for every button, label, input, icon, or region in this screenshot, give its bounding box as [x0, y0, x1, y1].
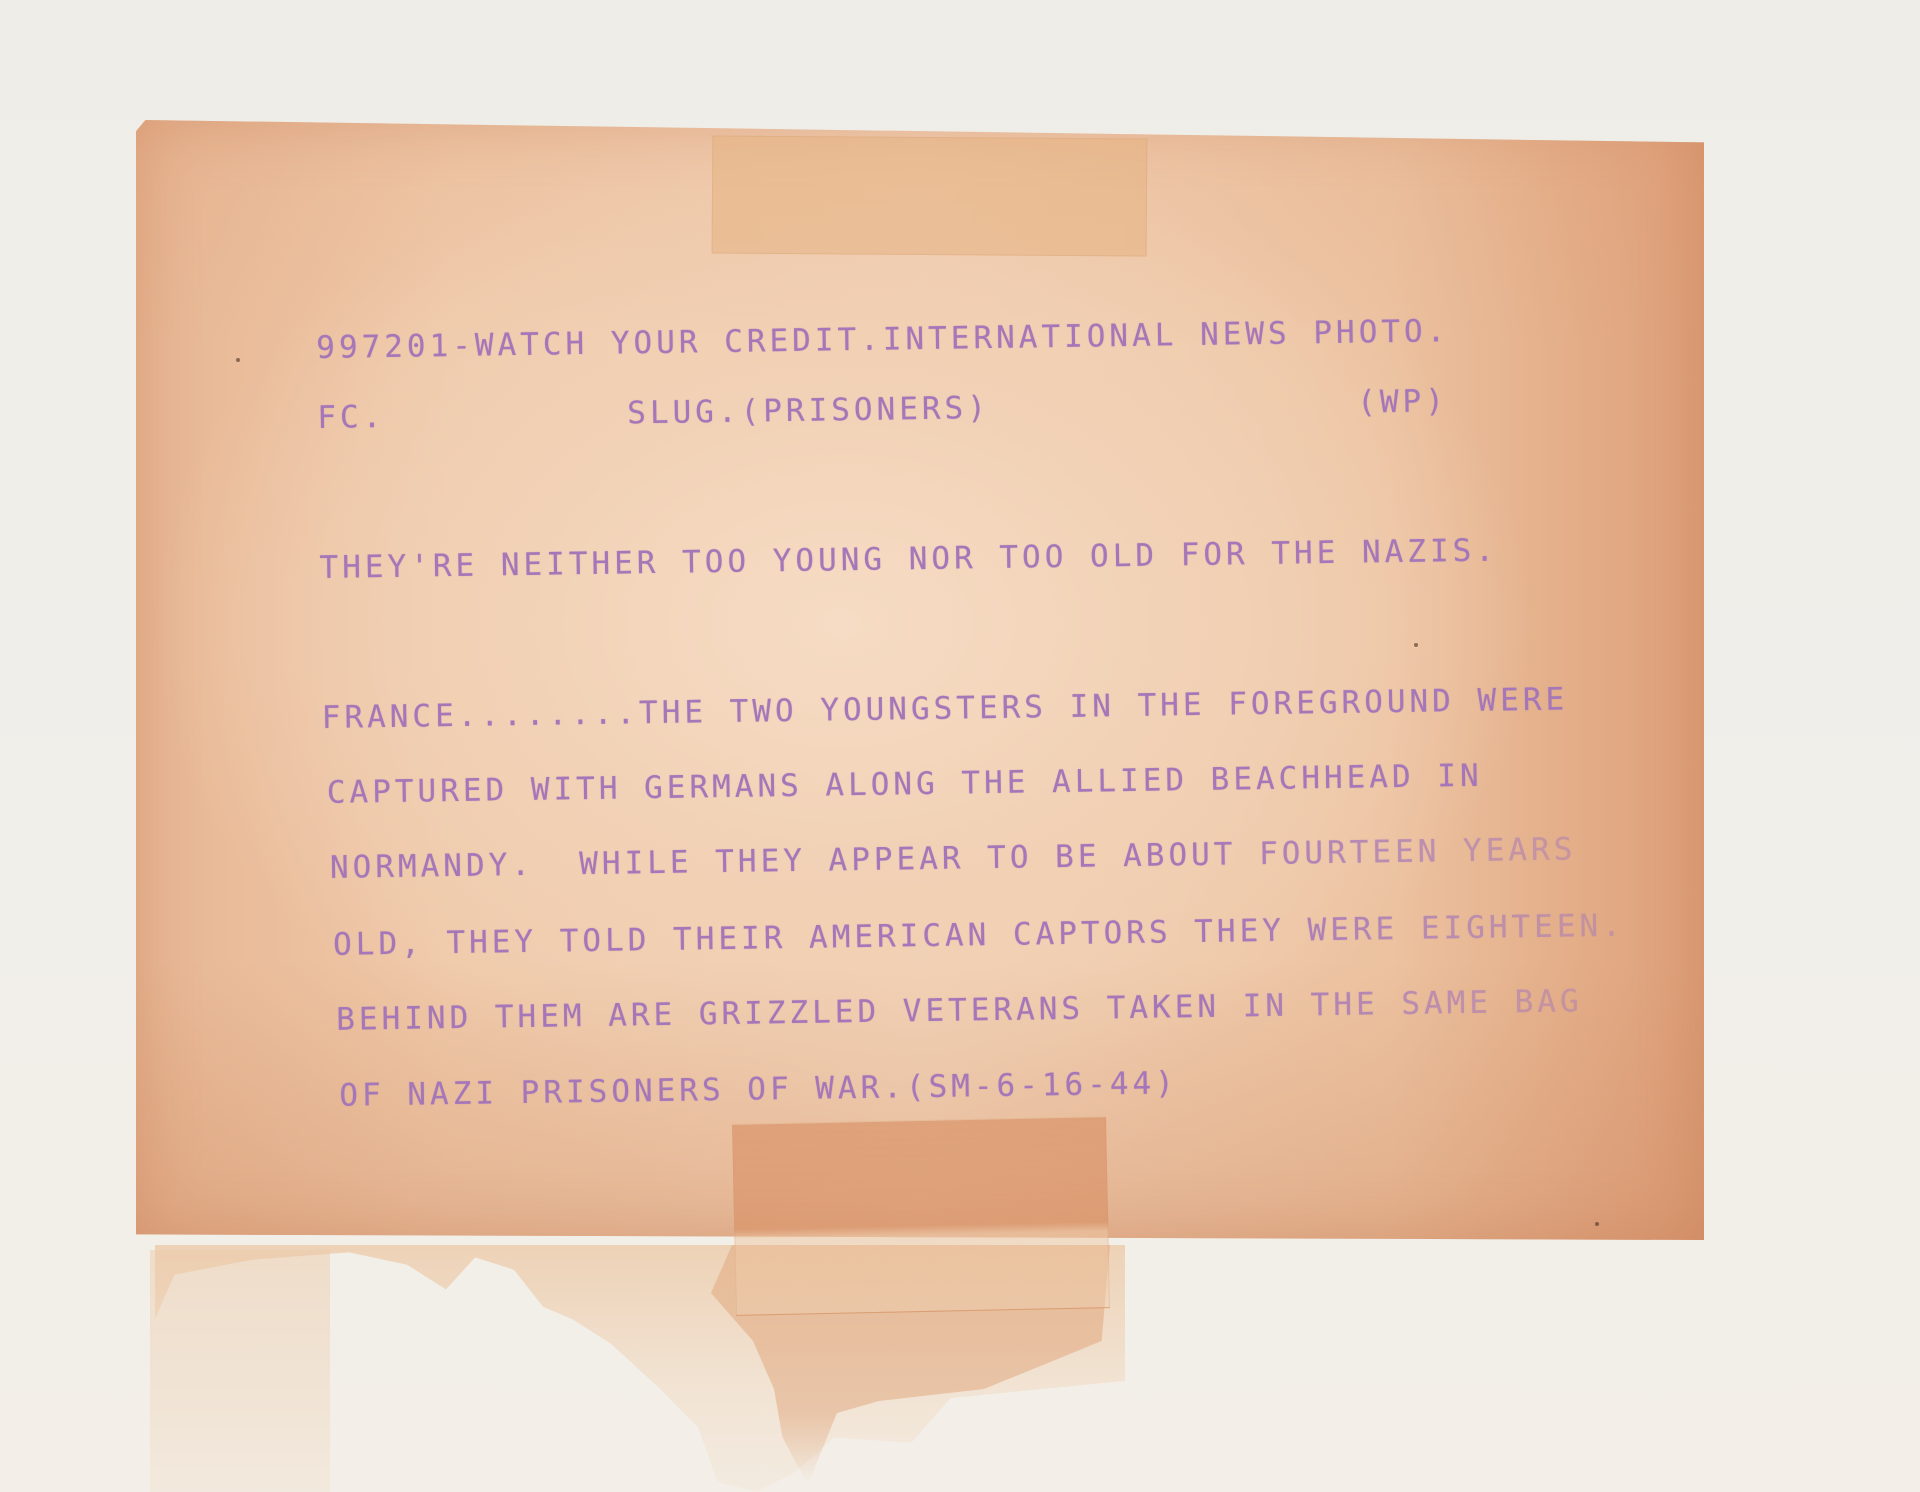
tape-strip-bottom — [732, 1116, 1110, 1316]
tape-strip-top — [712, 135, 1148, 256]
slug-label: SLUG.(PRISONERS) — [627, 390, 990, 431]
code-label: FC. — [317, 399, 386, 436]
paper-speck — [1414, 643, 1418, 647]
bureau-label: (WP) — [1357, 383, 1448, 420]
paper-speck — [236, 358, 240, 362]
glue-residue-left — [150, 1250, 330, 1492]
scanned-document: 997201-WATCH YOUR CREDIT.INTERNATIONAL N… — [0, 0, 1920, 1492]
paper-speck — [1595, 1222, 1599, 1226]
